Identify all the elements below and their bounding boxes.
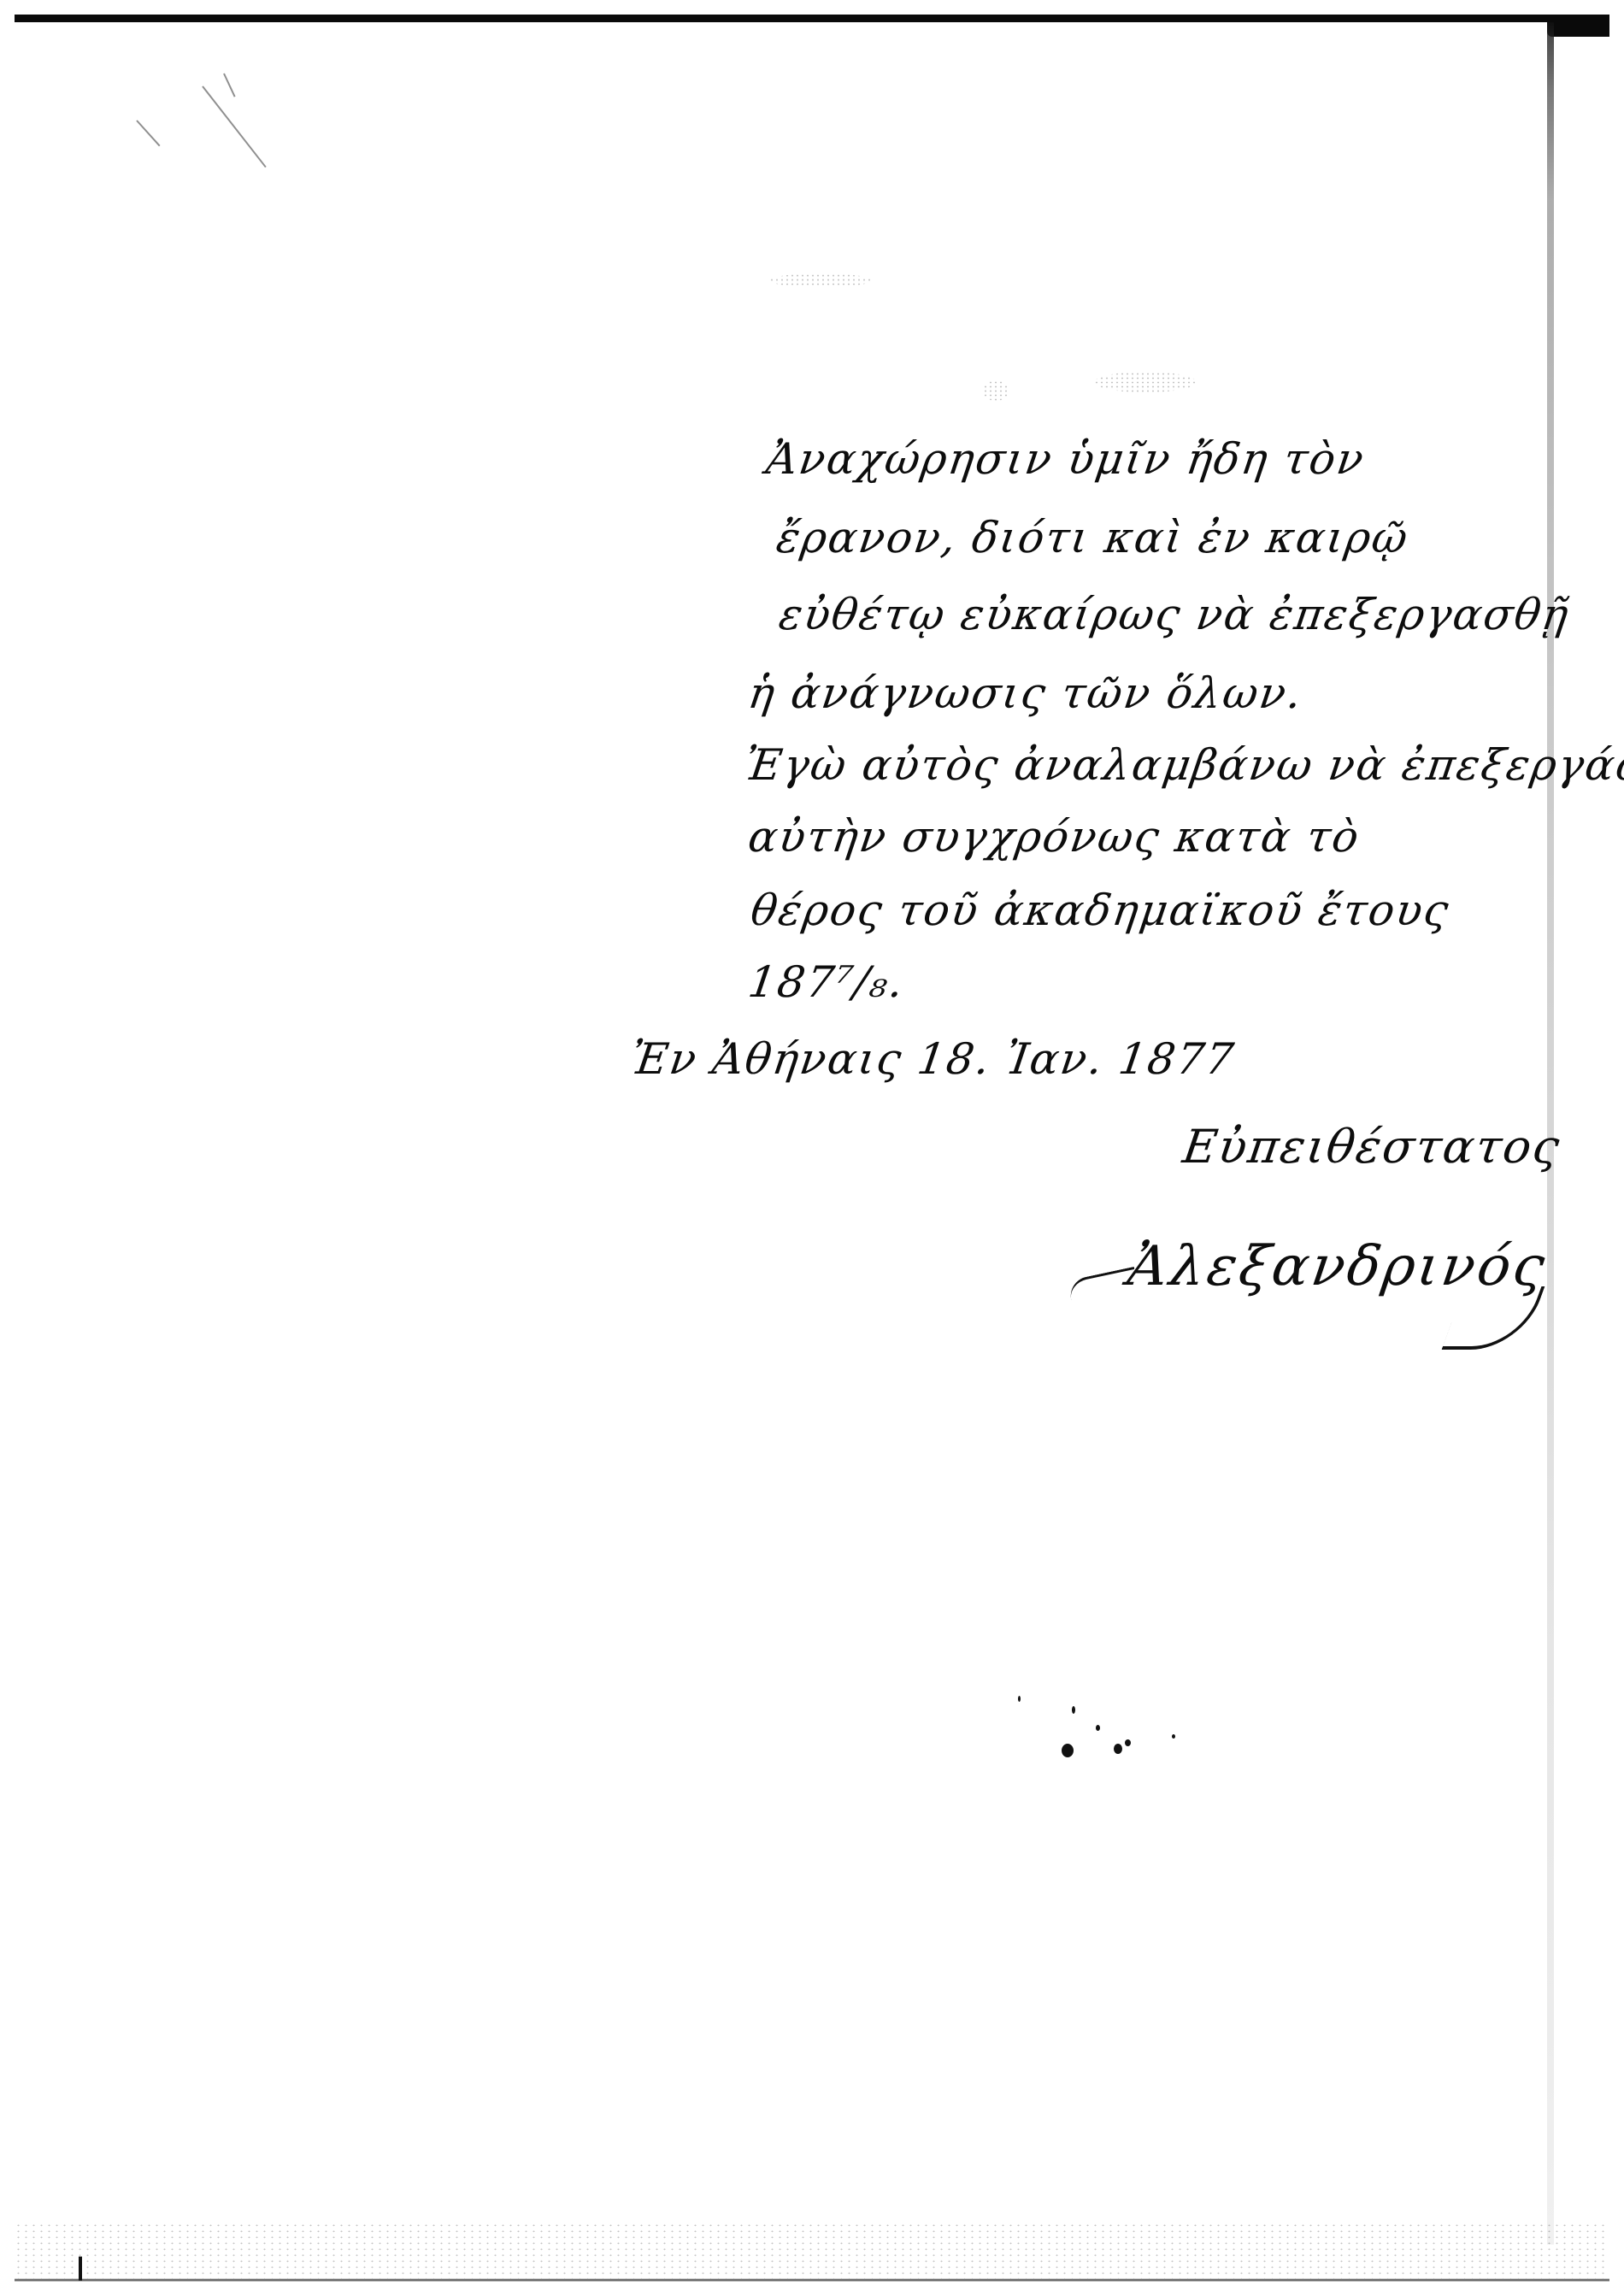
letter-body-line: 187⁷/₈. [745, 957, 908, 1007]
letter-date: Ἐν Ἀθήναις 18. Ἰαν. 1877 [628, 1034, 1239, 1084]
scan-noise [769, 274, 872, 287]
letter-body-line: ἔρανον, διότι καὶ ἐν καιρῷ [774, 513, 1412, 562]
ink-blot [1172, 1734, 1175, 1739]
letter-body-line: Ἐγὼ αὐτὸς ἀναλαμβάνω νὰ ἐπεξεργάσω [742, 740, 1624, 790]
scan-noise-bottom [15, 2222, 1609, 2279]
scan-corner-shadow [1547, 15, 1609, 37]
ink-blot [1125, 1739, 1131, 1746]
scan-noise [983, 380, 1009, 401]
scan-mark [79, 2257, 82, 2280]
letter-body-line: αὐτὴν συγχρόνως κατὰ τὸ [745, 812, 1363, 862]
scan-top-edge [15, 15, 1609, 22]
ink-blot [1114, 1744, 1122, 1754]
letter-body-line: θέρος τοῦ ἀκαδημαϊκοῦ ἔτους [748, 886, 1453, 935]
letter-body-line: ἡ ἀνάγνωσις τῶν ὅλων. [745, 668, 1306, 718]
ink-blot [1062, 1744, 1074, 1757]
scan-bottom-edge [15, 2279, 1609, 2281]
ink-blot [1018, 1696, 1021, 1702]
scan-noise [1094, 372, 1197, 392]
letter-closing: Εὐπειθέστατος [1180, 1120, 1564, 1174]
letter-body-line: εὐθέτῳ εὐκαίρως νὰ ἐπεξεργασθῇ [776, 590, 1573, 639]
ink-blot [1072, 1706, 1075, 1714]
ink-blot [1096, 1725, 1100, 1731]
letter-body-line: Ἀναχώρησιν ὑμῖν ἤδη τὸν [763, 434, 1368, 484]
